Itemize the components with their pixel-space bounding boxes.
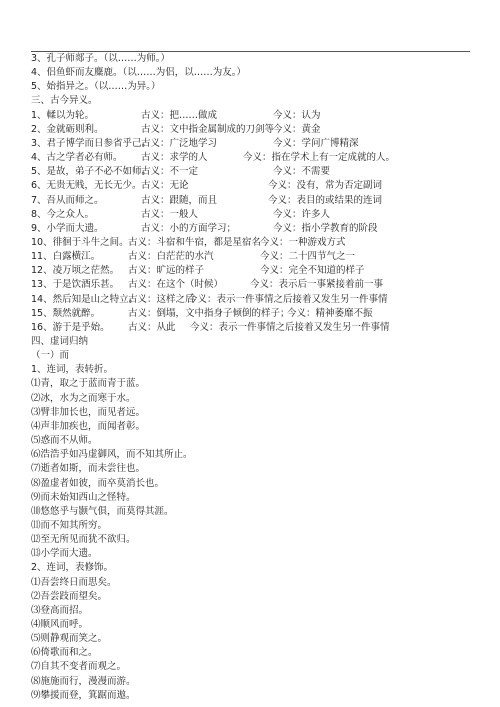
table-row: 2、金就砺则利。古义：文中指金属制成的刀剑等今义：黄金	[0, 123, 500, 137]
example-sentence: ⑶臂非加长也，而见者远。	[31, 406, 145, 420]
table-row: 11、白露横江。古义：白茫茫的水汽今义：二十四节气之一	[0, 250, 500, 264]
group-heading: 1、连词，表转折。	[0, 363, 500, 377]
group-heading: 2、连词，表修饰。	[0, 561, 500, 575]
example-sentence: ⑽悠悠乎与颢气俱，而莫得其涯。	[31, 505, 174, 519]
ancient-meaning: 古义：小的方面学习；	[141, 222, 236, 236]
table-row: 12、凌万顷之茫然。古义：旷远的样子今义：完全不知道的样子	[0, 264, 500, 278]
modern-meaning: 今义：学问广博精深	[273, 137, 359, 151]
ancient-meaning: 古义：无论	[141, 179, 189, 193]
section-heading: 四、虚词归纳	[0, 335, 500, 349]
list-item: ⑿至无所见而犹不欲归。	[0, 533, 500, 547]
example-sentence: ⑹倚歌而和之。	[31, 646, 98, 660]
list-item: 4、侣鱼虾而友麋鹿。（以……为侣，以……为友。）	[0, 66, 500, 80]
example-sentence: ⑷顺风而呼。	[31, 618, 88, 632]
modern-meaning: 今义：没有，常为否定副词	[268, 179, 382, 193]
list-item: ⑺逝者如斯，而未尝往也。	[0, 462, 500, 476]
sentence-text: 15、颓然就醉。	[31, 307, 100, 321]
table-row: 9、小学而大遗。古义：小的方面学习；今义：指小学教育的阶段	[0, 222, 500, 236]
ancient-meaning: 古义：广泛地学习	[141, 137, 217, 151]
modern-meaning: 今义：表示一件事情之后接着又发生另一件事情	[190, 321, 390, 335]
item-text: 4、侣鱼虾而友麋鹿。（以……为侣，以……为友。）	[31, 66, 246, 80]
modern-meaning: 今义：黄金	[273, 123, 321, 137]
sentence-text: 3、君子博学而日参省乎己。	[31, 137, 151, 151]
item-text: 3、孔子师郯子。（以……为师。）	[31, 52, 170, 66]
modern-meaning: 今义：二十四节气之一	[260, 250, 355, 264]
group-title: 2、连词，表修饰。	[31, 561, 113, 575]
example-sentence: ⑾而不知其所穷。	[31, 519, 107, 533]
table-row: 10、徘徊于斗牛之间。古义：斗宿和牛宿，都是星宿名今义：一种游戏方式	[0, 236, 500, 250]
list-item: 3、孔子师郯子。（以……为师。）	[0, 52, 500, 66]
example-sentence: ⑻施施而行，漫漫而游。	[31, 675, 136, 689]
list-item: ⑼而未始知西山之怪特。	[0, 491, 500, 505]
modern-meaning: 今义：表示后一事紧接着前一事	[250, 278, 383, 292]
subsection-title: （一）而	[31, 349, 69, 363]
subsection-heading: （一）而	[0, 349, 500, 363]
example-sentence: ⑹浩浩乎如冯虚御风，而不知其所止。	[31, 448, 193, 462]
sentence-text: 13、于是饮酒乐甚。	[31, 278, 119, 292]
example-sentence: ⑷声非加疾也，而闻者彰。	[31, 420, 145, 434]
ancient-meaning: 古义：白茫茫的水汽	[128, 250, 214, 264]
list-item: ⑷声非加疾也，而闻者彰。	[0, 420, 500, 434]
table-row: 15、颓然就醉。古义：倒塌，文中指身子倾倒的样子；今义：精神萎靡不振	[0, 307, 500, 321]
list-item: ⑼攀援而登，箕踞而遨。	[0, 689, 500, 703]
modern-meaning: 今义：不需要	[273, 165, 330, 179]
sentence-text: 2、金就砺则利。	[31, 123, 104, 137]
ancient-meaning: 古义：把……做成	[141, 109, 217, 123]
ancient-meaning: 古义：不一定	[141, 165, 198, 179]
example-sentence: ⑵冰，水为之而寒于水。	[31, 392, 136, 406]
modern-meaning: 今义：认为	[273, 109, 321, 123]
sentence-text: 8、今之众人。	[31, 208, 94, 222]
example-sentence: ⑺自其不变者而观之。	[31, 660, 126, 674]
modern-meaning: 今义：表目的或结果的连词	[268, 194, 382, 208]
list-item: 5、始指异之。（以……为异。）	[0, 80, 500, 94]
ancient-meaning: 古义：斗宿和牛宿，都是星宿名	[128, 236, 261, 250]
list-item: ⑸则静观而笑之。	[0, 632, 500, 646]
sentence-text: 1、輮以为轮。	[31, 109, 94, 123]
table-row: 13、于是饮酒乐甚。古义：在这个（时候）今义：表示后一事紧接着前一事	[0, 278, 500, 292]
list-item: ⑻盈虚者如彼，而卒莫消长也。	[0, 477, 500, 491]
list-item: ⑺自其不变者而观之。	[0, 660, 500, 674]
example-sentence: ⑶登高而招。	[31, 604, 88, 618]
modern-meaning: 今义：指小学教育的阶段	[273, 222, 378, 236]
list-item: ⑶臂非加长也，而见者远。	[0, 406, 500, 420]
example-sentence: ⑿至无所见而犹不欲归。	[31, 533, 136, 547]
ancient-meaning: 古义：从此	[128, 321, 176, 335]
section-title: 四、虚词归纳	[31, 335, 88, 349]
modern-meaning: 今义：表示一件事情之后接着又发生另一件事情	[188, 293, 388, 307]
ancient-meaning: 古义：文中指金属制成的刀剑等	[141, 123, 274, 137]
list-item: ⑵吾尝跂而望矣。	[0, 590, 500, 604]
list-item: ⑹浩浩乎如冯虚御风，而不知其所止。	[0, 448, 500, 462]
list-item: ⑹倚歌而和之。	[0, 646, 500, 660]
ancient-meaning: 古义：旷远的样子	[128, 264, 204, 278]
item-text: 5、始指异之。（以……为异。）	[31, 80, 161, 94]
ancient-meaning: 古义：在这个（时候）	[128, 278, 223, 292]
modern-meaning: 今义：许多人	[273, 208, 330, 222]
example-sentence: ⑵吾尝跂而望矣。	[31, 590, 107, 604]
ancient-meaning: 古义：这样之后	[128, 293, 195, 307]
table-row: 7、吾从而师之。古义：跟随，而且今义：表目的或结果的连词	[0, 194, 500, 208]
example-sentence: ⒀小学而大遗。	[31, 547, 98, 561]
list-item: ⑴吾尝终日而思矣。	[0, 576, 500, 590]
table-row: 6、无贵无贱，无长无少。古义：无论今义：没有，常为否定副词	[0, 179, 500, 193]
list-item: ⑴青，取之于蓝而青于蓝。	[0, 377, 500, 391]
example-sentence: ⑼而未始知西山之怪特。	[31, 491, 136, 505]
sentence-text: 10、徘徊于斗牛之间。	[31, 236, 129, 250]
ancient-meaning: 古义：一般人	[141, 208, 198, 222]
sentence-text: 9、小学而大遗。	[31, 222, 104, 236]
example-sentence: ⑼攀援而登，箕踞而遨。	[31, 689, 136, 703]
sentence-text: 11、白露横江。	[31, 250, 100, 264]
table-row: 4、古之学者必有师。古义：求学的人今义：指在学术上有一定成就的人。	[0, 151, 500, 165]
ancient-meaning: 古义：求学的人	[141, 151, 208, 165]
example-sentence: ⑻盈虚者如彼，而卒莫消长也。	[31, 477, 164, 491]
sentence-text: 7、吾从而师之。	[31, 194, 104, 208]
ancient-meaning: 古义：跟随，而且	[141, 194, 217, 208]
modern-meaning: 今义：一种游戏方式	[260, 236, 346, 250]
example-sentence: ⑴吾尝终日而思矣。	[31, 576, 117, 590]
example-sentence: ⑸则静观而笑之。	[31, 632, 107, 646]
example-sentence: ⑴青，取之于蓝而青于蓝。	[31, 377, 145, 391]
list-item: ⑵冰，水为之而寒于水。	[0, 392, 500, 406]
section-title: 三、古今异义。	[31, 94, 98, 108]
example-sentence: ⑸惑而不从师。	[31, 434, 98, 448]
list-item: ⑸惑而不从师。	[0, 434, 500, 448]
sentence-text: 6、无贵无贱，无长无少。	[31, 179, 142, 193]
modern-meaning: 今义：指在学术上有一定成就的人。	[243, 151, 395, 165]
list-item: ⒀小学而大遗。	[0, 547, 500, 561]
section-heading: 三、古今异义。	[0, 94, 500, 108]
sentence-text: 4、古之学者必有师。	[31, 151, 123, 165]
table-row: 1、輮以为轮。古义：把……做成今义：认为	[0, 109, 500, 123]
modern-meaning: 今义：精神萎靡不振	[287, 307, 373, 321]
sentence-text: 16、游于是乎始。	[31, 321, 110, 335]
table-row: 16、游于是乎始。古义：从此今义：表示一件事情之后接着又发生另一件事情	[0, 321, 500, 335]
table-row: 14、然后知是山之特立。古义：这样之后今义：表示一件事情之后接着又发生另一件事情	[0, 293, 500, 307]
list-item: ⑶登高而招。	[0, 604, 500, 618]
table-row: 8、今之众人。古义：一般人今义：许多人	[0, 208, 500, 222]
ancient-meaning: 古义：倒塌，文中指身子倾倒的样子；	[128, 307, 290, 321]
group-title: 1、连词，表转折。	[31, 363, 113, 377]
table-row: 5、是故，弟子不必不如师。古义：不一定今义：不需要	[0, 165, 500, 179]
example-sentence: ⑺逝者如斯，而未尝往也。	[31, 462, 145, 476]
sentence-text: 14、然后知是山之特立。	[31, 293, 138, 307]
list-item: ⑾而不知其所穷。	[0, 519, 500, 533]
modern-meaning: 今义：完全不知道的样子	[260, 264, 365, 278]
sentence-text: 5、是故，弟子不必不如师。	[31, 165, 151, 179]
sentence-text: 12、凌万顷之茫然。	[31, 264, 119, 278]
list-item: ⑽悠悠乎与颢气俱，而莫得其涯。	[0, 505, 500, 519]
list-item: ⑷顺风而呼。	[0, 618, 500, 632]
list-item: ⑻施施而行，漫漫而游。	[0, 675, 500, 689]
table-row: 3、君子博学而日参省乎己。古义：广泛地学习今义：学问广博精深	[0, 137, 500, 151]
